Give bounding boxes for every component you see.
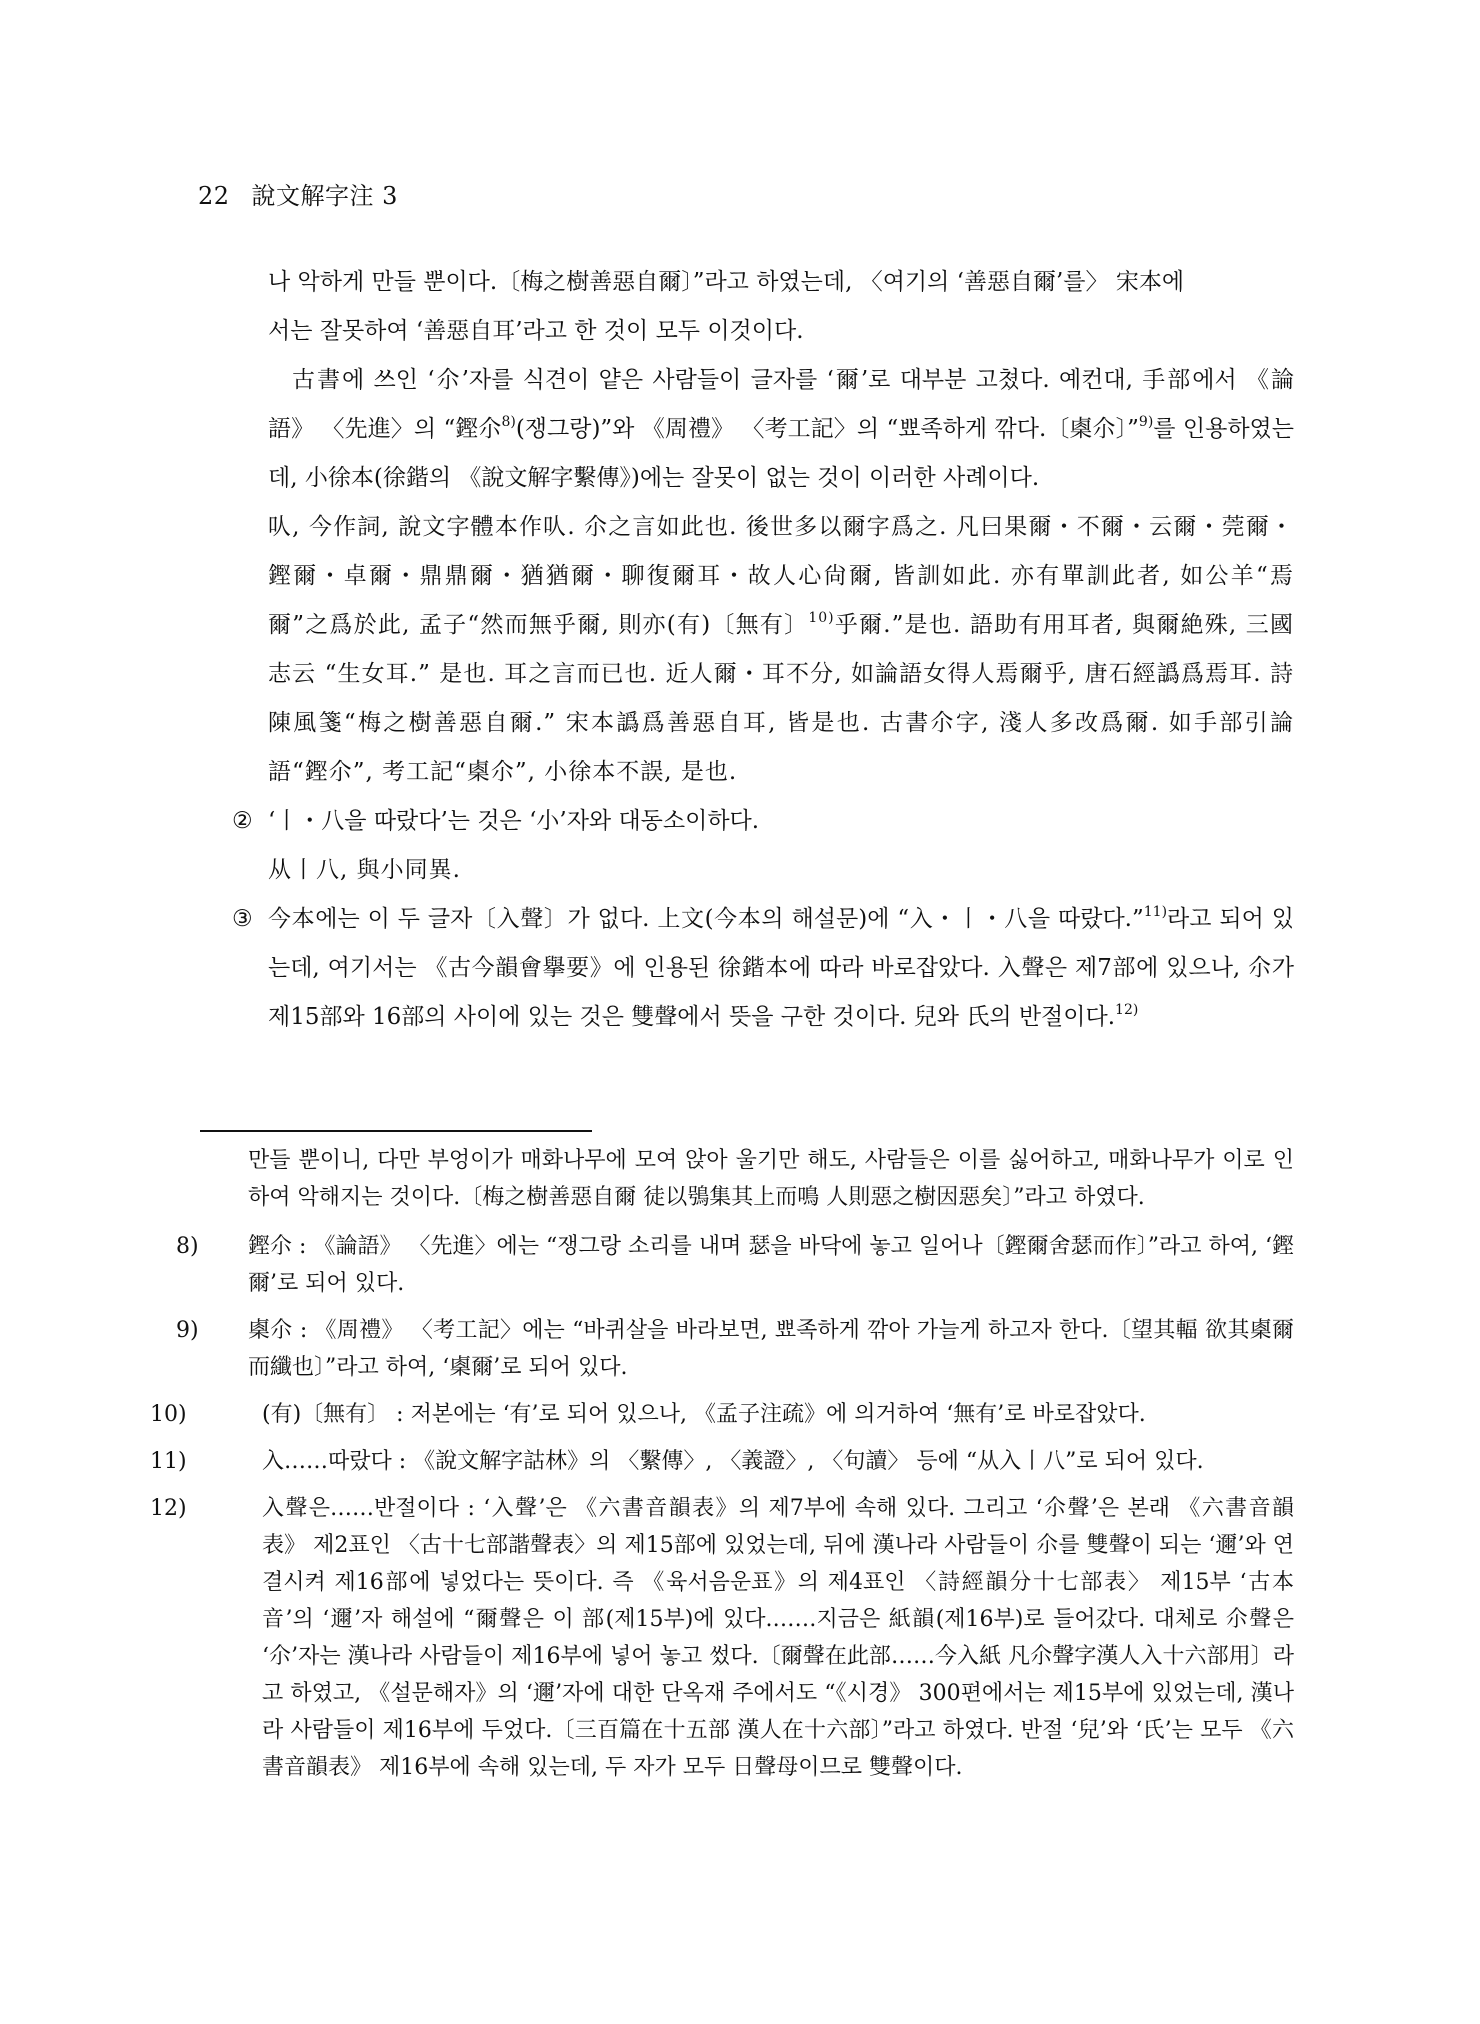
- footnote-number: 8): [176, 1228, 212, 1265]
- page-number: 22: [198, 182, 230, 210]
- footnote-11: 11)入……따랐다 : 《說文解字詁林》의 〈繫傳〉, 〈義證〉, 〈句讀〉 등…: [212, 1443, 1294, 1480]
- running-head: 22說文解字注 3: [198, 176, 398, 211]
- footnote-text: 㮚尒 : 《周禮》 〈考工記〉에는 “바퀴살을 바라보면, 뾰족하게 깎아 가늘…: [248, 1318, 1294, 1380]
- footnote-number: 10): [150, 1396, 210, 1433]
- footnote-ref[interactable]: 11): [1144, 904, 1167, 920]
- chinese-source-text: 从丨八, 與小同異.: [268, 846, 1294, 895]
- text-line: 서는 잘못하여 ‘善惡自耳’라고 한 것이 모두 이것이다.: [268, 318, 804, 344]
- footnote-text: (有)〔無有〕 : 저본에는 ‘有’로 되어 있으나, 《孟子注疏》에 의거하여…: [262, 1402, 1146, 1427]
- footnote-text: 入……따랐다 : 《說文解字詁林》의 〈繫傳〉, 〈義證〉, 〈句讀〉 등에 “…: [262, 1449, 1204, 1474]
- annotation-2: ②‘丨・八을 따랐다’는 것은 ‘小’자와 대동소이하다.: [268, 797, 1294, 846]
- footnotes: 만들 뿐이니, 다만 부엉이가 매화나무에 모여 앉아 울기만 해도, 사람들은…: [212, 1142, 1294, 1796]
- book-title: 說文解字注 3: [252, 182, 398, 210]
- footnote-9: 9)㮚尒 : 《周禮》 〈考工記〉에는 “바퀴살을 바라보면, 뾰족하게 깎아 …: [212, 1312, 1294, 1386]
- footnote-number: 12): [150, 1490, 210, 1527]
- footnote-12: 12)入聲은……반절이다 : ‘入聲’은 《六書音韻表》의 제7부에 속해 있다…: [212, 1490, 1294, 1786]
- footnote-ref[interactable]: 9): [1139, 414, 1153, 430]
- annotation-text: ‘丨・八을 따랐다’는 것은 ‘小’자와 대동소이하다.: [268, 808, 759, 834]
- footnote-number: 9): [176, 1312, 212, 1349]
- document-page: 22說文解字注 3 나 악하게 만들 뿐이다.〔梅之樹善惡自爾〕”라고 하였는데…: [0, 0, 1480, 2024]
- paragraph-continued: 나 악하게 만들 뿐이다.〔梅之樹善惡自爾〕”라고 하였는데, 〈여기의 ‘善惡…: [268, 258, 1294, 356]
- footnote-8: 8)鏗尒 : 《論語》 〈先進〉에는 “쟁그랑 소리를 내며 瑟을 바닥에 놓고…: [212, 1228, 1294, 1302]
- footnote-10: 10)(有)〔無有〕 : 저본에는 ‘有’로 되어 있으나, 《孟子注疏》에 의…: [212, 1396, 1294, 1433]
- footnote-continued: 만들 뿐이니, 다만 부엉이가 매화나무에 모여 앉아 울기만 해도, 사람들은…: [212, 1142, 1294, 1216]
- annotation-marker: ③: [232, 895, 253, 944]
- footnote-ref[interactable]: 10): [808, 610, 834, 626]
- footnote-ref[interactable]: 8): [501, 414, 515, 430]
- footnote-ref[interactable]: 12): [1115, 1002, 1138, 1018]
- text-segment: 从丨八, 與小同異.: [268, 857, 461, 883]
- footnote-text: 만들 뿐이니, 다만 부엉이가 매화나무에 모여 앉아 울기만 해도, 사람들은…: [248, 1148, 1294, 1210]
- paragraph-translation: 古書에 쓰인 ‘尒’자를 식견이 얕은 사람들이 글자를 ‘爾’로 대부분 고쳤…: [268, 356, 1294, 503]
- annotation-3: ③今本에는 이 두 글자〔入聲〕가 없다. 上文(今本의 해설문)에 “入・丨・…: [268, 895, 1294, 1042]
- text-segment: (쟁그랑)”와 《周禮》 〈考工記〉의 “뾰족하게 깎다.〔㮚尒〕”: [516, 416, 1139, 442]
- main-text: 나 악하게 만들 뿐이다.〔梅之樹善惡自爾〕”라고 하였는데, 〈여기의 ‘善惡…: [268, 258, 1294, 1042]
- footnote-divider: [200, 1130, 592, 1132]
- footnote-text: 鏗尒 : 《論語》 〈先進〉에는 “쟁그랑 소리를 내며 瑟을 바닥에 놓고 일…: [248, 1234, 1294, 1296]
- footnote-text: 入聲은……반절이다 : ‘入聲’은 《六書音韻表》의 제7부에 속해 있다. 그…: [262, 1496, 1294, 1780]
- text-line: 나 악하게 만들 뿐이다.〔梅之樹善惡自爾〕”라고 하였는데, 〈여기의 ‘善惡…: [268, 269, 1184, 295]
- chinese-source-text: 㕥, 今作詞, 說文字體本作㕥. 尒之言如此也. 後世多以爾字爲之. 凡曰果爾・…: [268, 503, 1294, 797]
- footnote-number: 11): [150, 1443, 210, 1480]
- annotation-text: 今本에는 이 두 글자〔入聲〕가 없다. 上文(今本의 해설문)에 “入・丨・八…: [268, 906, 1144, 932]
- annotation-marker: ②: [232, 797, 253, 846]
